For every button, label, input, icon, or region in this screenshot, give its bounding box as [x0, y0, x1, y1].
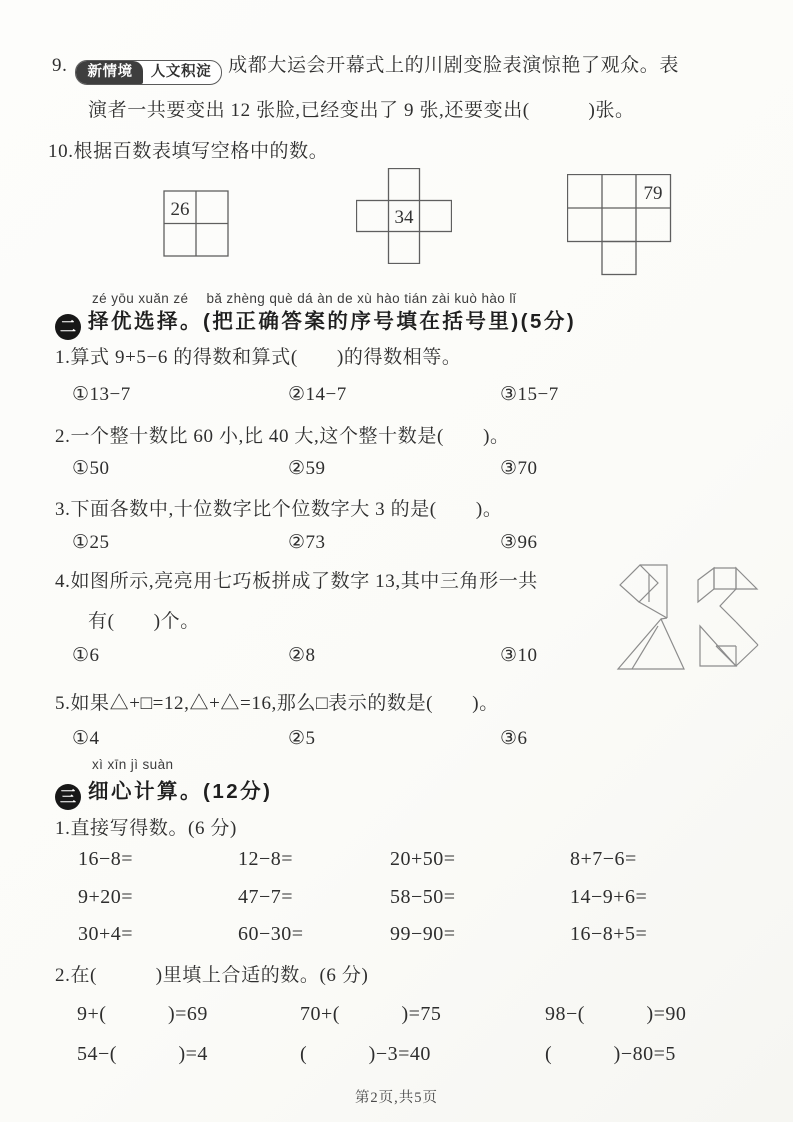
badge-humanities: 人文积淀 — [143, 61, 221, 84]
choice-2-1: ①50 — [72, 457, 110, 480]
calc-expression: 16−8= — [78, 848, 133, 871]
choice-1-2: ②14−7 — [288, 383, 347, 406]
section-3-icon: 三 — [55, 784, 81, 810]
grid-value-79: 79 — [644, 183, 663, 204]
mc-question-3-choices: ①25 ②73 ③96 — [0, 531, 793, 557]
question-9-number: 9. — [52, 55, 67, 76]
question-10-text: 10.根据百数表填写空格中的数。 — [48, 136, 328, 163]
mc-question-4-line-1: 4.如图所示,亮亮用七巧板拼成了数字 13,其中三角形一共 — [55, 566, 538, 593]
choice-4-2: ②8 — [288, 644, 316, 667]
fill-blank-expression: 9+( )=69 — [77, 997, 208, 1026]
choice-5-1: ①4 — [72, 727, 100, 750]
hundred-chart-figure-79: 79 — [567, 174, 672, 276]
hundred-chart-figure-34: 34 — [356, 168, 452, 264]
choice-3-2: ②73 — [288, 531, 326, 554]
choice-4-3: ③10 — [500, 644, 538, 667]
choice-2-2: ②59 — [288, 457, 326, 480]
section-2-title-text: 择优选择。(把正确答案的序号填在括号里)(5分) — [88, 310, 576, 333]
mc-question-5-choices: ①4 ②5 ③6 — [0, 727, 793, 753]
fill-blank-expression: 98−( )=90 — [545, 997, 686, 1026]
calc-expression: 58−50= — [390, 886, 456, 909]
choice-3-3: ③96 — [500, 531, 538, 554]
fill-blank-expression: ( )−80=5 — [545, 1037, 676, 1066]
choice-3-1: ①25 — [72, 531, 110, 554]
mc-question-2: 2.一个整十数比 60 小,比 40 大,这个整十数是( )。 — [55, 421, 510, 448]
grid-value-34: 34 — [395, 207, 415, 228]
mc-question-2-choices: ①50 ②59 ③70 — [0, 457, 793, 483]
calc-expression: 12−8= — [238, 848, 293, 871]
mc-question-4-line-2: 有( )个。 — [88, 606, 200, 633]
context-badge: 新情境人文积淀 — [75, 60, 222, 85]
badge-new-scenario: 新情境 — [76, 61, 142, 84]
choice-1-3: ③15−7 — [500, 383, 559, 406]
calc-1-row-2: 9+20= 47−7= 58−50= 14−9+6= — [0, 886, 793, 914]
calc-2-row-1: 9+( )=69 70+( )=75 98−( )=90 — [0, 997, 793, 1025]
mc-question-3: 3.下面各数中,十位数字比个位数字大 3 的是( )。 — [55, 494, 502, 521]
calc-2-header: 2.在( )里填上合适的数。(6 分) — [55, 960, 368, 987]
calc-expression: 20+50= — [390, 848, 456, 871]
calc-1-header: 1.直接写得数。(6 分) — [55, 813, 237, 840]
choice-1-1: ①13−7 — [72, 383, 131, 406]
section-2-icon: 二 — [55, 314, 81, 340]
calc-expression: 60−30= — [238, 923, 304, 946]
calc-expression: 30+4= — [78, 923, 133, 946]
section-3-title: 三细心计算。(12分) — [55, 774, 272, 810]
choice-4-1: ①6 — [72, 644, 100, 667]
mc-question-1: 1.算式 9+5−6 的得数和算式( )的得数相等。 — [55, 342, 462, 369]
fill-blank-expression: ( )−3=40 — [300, 1037, 431, 1066]
tangram-13-figure — [610, 556, 760, 678]
mc-question-1-choices: ①13−7 ②14−7 ③15−7 — [0, 383, 793, 409]
section-3-pinyin: xì xīn jì suàn — [92, 757, 173, 772]
question-9-line-1: 9.新情境人文积淀成都大运会开幕式上的川剧变脸表演惊艳了观众。表 — [52, 50, 679, 85]
calc-1-row-3: 30+4= 60−30= 99−90= 16−8+5= — [0, 923, 793, 951]
calc-expression: 8+7−6= — [570, 848, 637, 871]
fill-blank-expression: 70+( )=75 — [300, 997, 441, 1026]
fill-blank-expression: 54−( )=4 — [77, 1037, 208, 1066]
mc-question-5: 5.如果△+□=12,△+△=16,那么□表示的数是( )。 — [55, 688, 499, 715]
grid-value-26: 26 — [171, 199, 190, 220]
hundred-chart-figure-26: 26 — [163, 190, 230, 258]
section-2-title: 二择优选择。(把正确答案的序号填在括号里)(5分) — [55, 304, 576, 340]
calc-1-row-1: 16−8= 12−8= 20+50= 8+7−6= — [0, 848, 793, 876]
question-9-line-2: 演者一共要变出 12 张脸,已经变出了 9 张,还要变出( )张。 — [88, 95, 635, 122]
choice-5-3: ③6 — [500, 727, 528, 750]
page-footer: 第2页,共5页 — [0, 1086, 793, 1107]
calc-expression: 9+20= — [78, 886, 133, 909]
question-9-text: 成都大运会开幕式上的川剧变脸表演惊艳了观众。表 — [228, 55, 679, 76]
choice-5-2: ②5 — [288, 727, 316, 750]
section-3-title-text: 细心计算。(12分) — [88, 780, 272, 803]
calc-expression: 16−8+5= — [570, 923, 647, 946]
calc-2-row-2: 54−( )=4 ( )−3=40 ( )−80=5 — [0, 1037, 793, 1065]
calc-expression: 99−90= — [390, 923, 456, 946]
calc-expression: 47−7= — [238, 886, 293, 909]
choice-2-3: ③70 — [500, 457, 538, 480]
calc-expression: 14−9+6= — [570, 886, 647, 909]
